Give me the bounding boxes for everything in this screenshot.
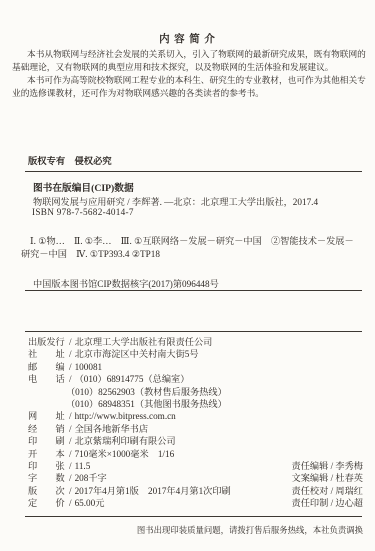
label-separator: / bbox=[66, 460, 75, 472]
publication-value: （010）68948351（其他图书服务热线） bbox=[66, 398, 227, 410]
copy-editor-credit: 文案编辑 / 杜春英 bbox=[292, 472, 363, 484]
publication-value: 208千字 bbox=[75, 472, 107, 484]
publication-value: 北京市海淀区中关村南大街5号 bbox=[75, 348, 199, 360]
publication-label: 网 址 bbox=[28, 410, 66, 422]
publication-row-phone-3: （010）68948351（其他图书服务热线） bbox=[28, 398, 363, 410]
copyright-warning: 版权专有 侵权必究 bbox=[28, 153, 112, 167]
publication-label: 出版发行 bbox=[28, 336, 66, 348]
publication-row-edition: 版 次/2017年4月第1版 2017年4月第1次印刷责任校对 / 周瑞红 bbox=[28, 485, 363, 497]
label-separator: / bbox=[66, 448, 75, 460]
editor-credit: 责任编辑 / 李秀梅 bbox=[292, 460, 363, 472]
publication-row-wordcount: 字 数/208千字文案编辑 / 杜春英 bbox=[28, 472, 363, 484]
publication-row-publisher: 出版发行/北京理工大学出版社有限责任公司 bbox=[28, 336, 363, 348]
cip-title-line: 物联网发展与应用研究 / 李辉著. —北京：北京理工大学出版社，2017.4 bbox=[33, 194, 318, 208]
divider bbox=[25, 290, 362, 291]
publication-label: 字 数 bbox=[28, 472, 66, 484]
quality-note: 图书出现印装质量问题，请拨打售后服务热线，本社负责调换 bbox=[137, 524, 363, 536]
publication-label: 电 话 bbox=[28, 373, 66, 385]
publication-row-postcode: 邮 编/100081 bbox=[28, 361, 363, 373]
publication-row-sheets: 印 张/11.5责任编辑 / 李秀梅 bbox=[28, 460, 363, 472]
publication-label: 印 刷 bbox=[28, 435, 66, 447]
label-separator: / bbox=[66, 410, 75, 422]
summary-line: 本书从物联网与经济社会发展的关系切入，引入了物联网的最新研究成果，既有物联网的 bbox=[12, 48, 363, 61]
publication-row-distribution: 经 销/全国各地新华书店 bbox=[28, 423, 363, 435]
publication-value: 100081 bbox=[75, 361, 103, 373]
book-copyright-page: 内 容 简 介 本书从物联网与经济社会发展的关系切入，引入了物联网的最新研究成果… bbox=[0, 0, 375, 551]
divider bbox=[25, 331, 362, 332]
publication-label: 经 销 bbox=[28, 423, 66, 435]
publication-label: 版 次 bbox=[28, 485, 66, 497]
publication-value: 710毫米×1000毫米 1/16 bbox=[75, 448, 175, 460]
publication-row-address: 社 址/北京市海淀区中关村南大街5号 bbox=[28, 348, 363, 360]
summary-line: 基础理论，又有物联网的典型应用和技术探究，以及物联网的生活体验和发展建议。 bbox=[12, 61, 363, 74]
summary-line: 业的选修课教材，还可作为对物联网感兴趣的各类读者的参考书。 bbox=[12, 87, 363, 100]
publication-row-phone-2: （010）82562903（教材售后服务热线） bbox=[28, 386, 363, 398]
print-supervisor-credit: 责任印制 / 边心超 bbox=[292, 497, 363, 509]
proofreader-credit: 责任校对 / 周瑞红 bbox=[292, 485, 363, 497]
publication-url: http://www.bitpress.com.cn bbox=[75, 410, 176, 422]
publication-label: 开 本 bbox=[28, 448, 66, 460]
label-separator: / bbox=[66, 423, 75, 435]
publication-label: 邮 编 bbox=[28, 361, 66, 373]
publication-value: 北京理工大学出版社有限责任公司 bbox=[75, 336, 213, 348]
publication-value: 北京紫瑞利印刷有限公司 bbox=[75, 435, 176, 447]
publication-label: 社 址 bbox=[28, 348, 66, 360]
publication-value: 全国各地新华书店 bbox=[75, 423, 149, 435]
divider bbox=[25, 171, 362, 173]
publication-row-printer: 印 刷/北京紫瑞利印刷有限公司 bbox=[28, 435, 363, 447]
publication-value: 2017年4月第1版 2017年4月第1次印刷 bbox=[75, 485, 231, 497]
cip-classification-line-1: Ⅰ. ①物… Ⅱ. ①李… Ⅲ. ①互联网络－发展－研究－中国 ②智能技术－发展… bbox=[30, 233, 354, 247]
label-separator: / bbox=[66, 373, 75, 385]
summary-line: 本书可作为高等院校物联网工程专业的本科生、研究生的专业教材，也可作为其他相关专 bbox=[12, 74, 363, 87]
publication-label: 印 张 bbox=[28, 460, 66, 472]
label-separator: / bbox=[66, 497, 75, 509]
label-separator: / bbox=[66, 336, 75, 348]
summary-title: 内 容 简 介 bbox=[0, 31, 375, 46]
publication-row-phone: 电 话/（010）68914775（总编室） bbox=[28, 373, 363, 385]
publication-label: 定 价 bbox=[28, 497, 66, 509]
label-separator: / bbox=[66, 472, 75, 484]
cip-heading: 图书在版编目(CIP)数据 bbox=[33, 180, 134, 194]
label-separator: / bbox=[66, 361, 75, 373]
cip-classification-line-2: 研究－中国 Ⅳ. ①TP393.4 ②TP18 bbox=[21, 246, 160, 260]
summary-section: 本书从物联网与经济社会发展的关系切入，引入了物联网的最新研究成果，既有物联网的 … bbox=[12, 48, 363, 100]
cip-isbn-line: ISBN 978-7-5682-4014-7 bbox=[32, 207, 134, 217]
publication-label bbox=[28, 398, 66, 410]
publication-label bbox=[28, 386, 66, 398]
publication-row-price: 定 价/65.00元责任印制 / 边心超 bbox=[28, 497, 363, 509]
publication-row-website: 网 址/http://www.bitpress.com.cn bbox=[28, 410, 363, 422]
cip-record-line: 中国版本图书馆CIP数据核字(2017)第096448号 bbox=[33, 276, 219, 290]
label-separator: / bbox=[66, 348, 75, 360]
publication-row-format: 开 本/710毫米×1000毫米 1/16 bbox=[28, 448, 363, 460]
label-separator: / bbox=[66, 485, 75, 497]
publication-value: 65.00元 bbox=[75, 497, 105, 509]
publication-value: （010）82562903（教材售后服务热线） bbox=[66, 386, 227, 398]
publication-info: 出版发行/北京理工大学出版社有限责任公司 社 址/北京市海淀区中关村南大街5号 … bbox=[28, 336, 363, 509]
publication-value: 11.5 bbox=[75, 460, 91, 472]
publication-value: （010）68914775（总编室） bbox=[75, 373, 190, 385]
label-separator: / bbox=[66, 435, 75, 447]
divider bbox=[25, 516, 362, 517]
